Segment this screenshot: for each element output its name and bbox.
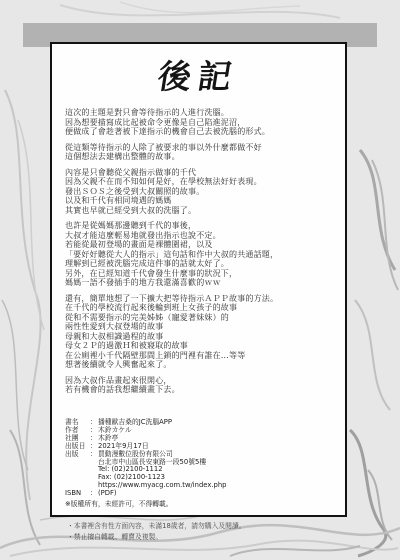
text-line: 因為大叔作品畫起來很開心， xyxy=(65,376,345,386)
colophon-colon xyxy=(90,459,98,467)
text-line: 若有機會的話我想繼續畫下去。 xyxy=(65,385,345,395)
text-line: 因為父親不在而不知如何是好，在學校無法好好表現。 xyxy=(65,177,345,187)
colophon-value: (PDF) xyxy=(98,490,117,498)
text-line: 理解到已經被洗腦完成這件事的話就太好了。 xyxy=(65,259,345,269)
colophon-url: https://www.myacg.com.tw/index.php xyxy=(98,482,226,490)
paragraph: 內容是只會聽從父親指示做事的千代 因為父親不在而不知如何是好，在學校無法好好表現… xyxy=(65,168,345,216)
text-line: 兩性性愛到大叔登場的故事 xyxy=(65,322,345,332)
text-line: 另外，在已經知道千代會發生什麼事的狀況下， xyxy=(65,269,345,279)
text-line: 其實也早就已經受到大叔的洗腦了。 xyxy=(65,206,345,216)
text-line: 「要好好聽從大人的指示」這句話和作中大叔的共通話題， xyxy=(65,250,345,260)
paragraph: 也許是從媽媽那邊聽到千代的事後， 大叔才能這麼輕易地就發出指示也說不定。 若能從… xyxy=(65,221,345,288)
text-line: 以及和千代有相同境遇的媽媽 xyxy=(65,196,345,206)
text-line: 這次的主題是對只會等待指示的人進行洗腦。 xyxy=(65,108,345,118)
paragraph: 從這類等待指示的人除了被要求的事以外什麼都做不好 這個想法去建構出整體的故事。 xyxy=(65,143,345,162)
text-line: 若能從最初登場的畫面是裸體圍裙，以及 xyxy=(65,240,345,250)
text-line: 因為想要描寫成比起被命令更像是自己陷進泥沼， xyxy=(65,118,345,128)
colophon-colon: ： xyxy=(90,451,98,459)
afterword-body: 這次的主題是對只會等待指示的人進行洗腦。 因為想要描寫成比起被命令更像是自己陷進… xyxy=(65,108,345,395)
colophon-label: ISBN xyxy=(65,490,90,498)
paragraph: 還有，簡單地想了一下擴大把等待指示ＡＰＰ故事的方法。 在千代的學校流行起來後輪到… xyxy=(65,294,345,370)
text-line: 發出ＳＯＳ之後受到大叔關照的故事。 xyxy=(65,187,345,197)
text-line: 在千代的學校流行起來後輪到班上女孩子的故事 xyxy=(65,303,345,313)
text-line: 這個想法去建構出整體的故事。 xyxy=(65,152,345,162)
text-line: 還有，簡單地想了一下擴大把等待指示ＡＰＰ故事的方法。 xyxy=(65,294,345,304)
text-line: 媽媽一語不發插手的地方我還滿喜歡的ｗｗ xyxy=(65,278,345,288)
text-line: 大叔才能這麼輕易地就發出指示也說不定。 xyxy=(65,231,345,241)
paragraph: 因為大叔作品畫起來很開心， 若有機會的話我想繼續畫下去。 xyxy=(65,376,345,395)
copyright-note: ※版權所有，未經許可，不得轉載。 xyxy=(65,501,226,509)
page-title: 後記 xyxy=(48,51,348,98)
footer-note-line: ・禁止擅自轉載、轉賣及複製。 xyxy=(67,532,246,543)
text-line: 內容是只會聽從父親指示做事的千代 xyxy=(65,168,345,178)
colophon-label xyxy=(65,459,90,467)
colophon: 書名：播種歐吉桑的JC洗腦APP 作者：木鈴カケル 社團：木鈴亭 出版日：202… xyxy=(65,419,226,509)
colophon-colon xyxy=(90,466,98,474)
colophon-label: 出版 xyxy=(65,451,90,459)
text-line: 在公廁裡小千代隔壁那間上鎖的門裡有誰在…等等 xyxy=(65,351,345,361)
text-line: 便做成了會趁著被下達指示的機會自己去被洗腦的形式。 xyxy=(65,127,345,137)
text-line: 想著後續就令人興奮起來了。 xyxy=(65,360,345,370)
paragraph: 這次的主題是對只會等待指示的人進行洗腦。 因為想要描寫成比起被命令更像是自己陷進… xyxy=(65,108,345,137)
colophon-colon: ： xyxy=(90,490,98,498)
text-line: 從和不需要指示的完美姊姊（寵愛著妹妹）的 xyxy=(65,313,345,323)
colophon-label xyxy=(65,474,90,482)
text-line: 也許是從媽媽那邊聽到千代的事後， xyxy=(65,221,345,231)
colophon-row-isbn: ISBN：(PDF) xyxy=(65,490,226,498)
text-line: 母親和大叔相識過程的故事 xyxy=(65,332,345,342)
text-line: 從這類等待指示的人除了被要求的事以外什麼都做不好 xyxy=(65,143,345,153)
colophon-label xyxy=(65,466,90,474)
colophon-colon xyxy=(90,474,98,482)
text-line: 母女２Ｐ的過激Ｈ和被寢取的故事 xyxy=(65,341,345,351)
footer-notes: ・本書裡含有性方面內容，未滿18歲者，請勿購入及閱讀。 ・禁止擅自轉載、轉賣及複… xyxy=(67,521,246,542)
footer-note-line: ・本書裡含有性方面內容，未滿18歲者，請勿購入及閱讀。 xyxy=(67,521,246,532)
afterword-page: 後記 這次的主題是對只會等待指示的人進行洗腦。 因為想要描寫成比起被命令更像是自… xyxy=(0,0,400,560)
afterword-box: 後記 這次的主題是對只會等待指示的人進行洗腦。 因為想要描寫成比起被命令更像是自… xyxy=(50,42,347,517)
